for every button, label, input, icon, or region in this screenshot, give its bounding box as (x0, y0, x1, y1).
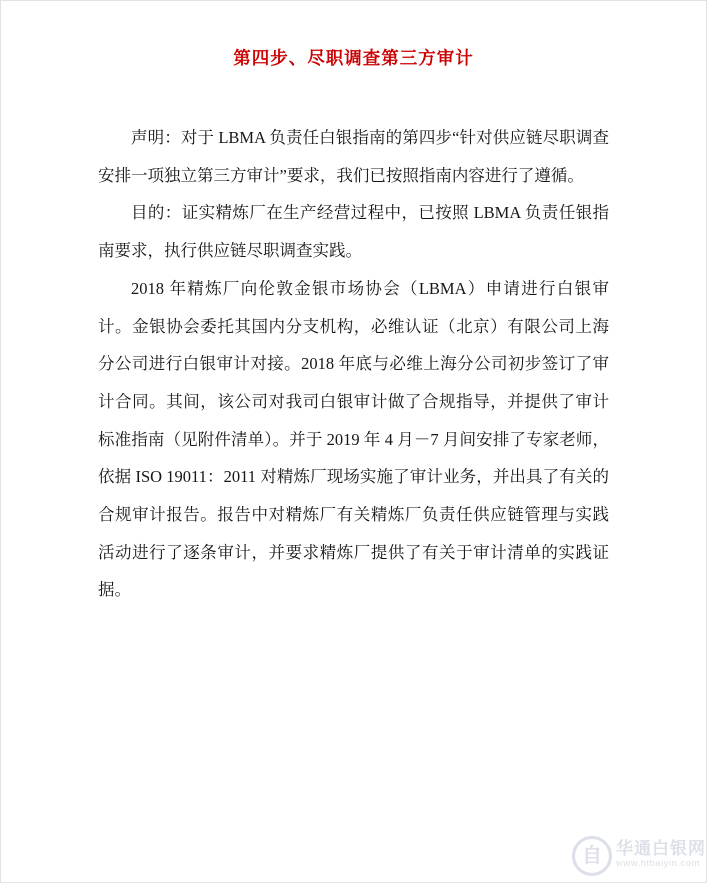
site-watermark: 自 华通白银网 www.htbaiyin.com (572, 836, 706, 876)
watermark-logo-icon: 自 (572, 836, 612, 876)
document-body: 声明：对于 LBMA 负责任白银指南的第四步“针对供应链尽职调查安排一项独立第三… (1, 119, 706, 609)
watermark-site-name: 华通白银网 (616, 839, 706, 858)
paragraph-statement: 声明：对于 LBMA 负责任白银指南的第四步“针对供应链尽职调查安排一项独立第三… (98, 119, 609, 194)
paragraph-purpose: 目的：证实精炼厂在生产经营过程中，已按照 LBMA 负责任银指南要求，执行供应链… (98, 194, 609, 269)
document-page: 第四步、尽职调查第三方审计 声明：对于 LBMA 负责任白银指南的第四步“针对供… (0, 0, 707, 883)
paragraph-audit-process: 2018 年精炼厂向伦敦金银市场协会（LBMA）申请进行白银审计。金银协会委托其… (98, 270, 609, 609)
watermark-site-url: www.htbaiyin.com (616, 858, 706, 870)
page-title: 第四步、尽职调查第三方审计 (1, 1, 706, 70)
